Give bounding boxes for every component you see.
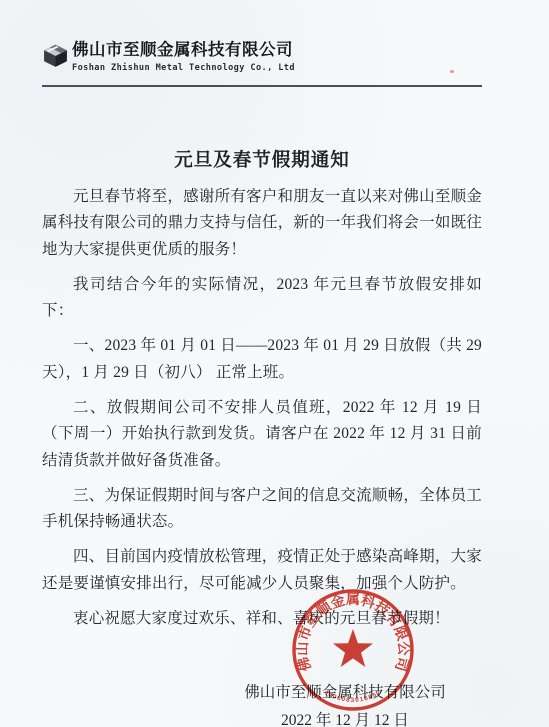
notice-item-3: 三、为保证假期时间与客户之间的信息交流顺畅，全体员工手机保持畅通状态。 <box>42 483 482 536</box>
signature-block: 佛山市至顺金属科技有限公司 2022 年 12 月 12 日 <box>235 679 455 727</box>
notice-closing-wish: 衷心祝愿大家度过欢乐、祥和、喜庆的元旦春节假期！ <box>42 606 482 633</box>
header-divider <box>42 85 482 87</box>
notice-item-1: 一、2023 年 01 月 01 日——2023 年 01 月 29 日放假（共… <box>42 333 482 386</box>
company-name-cn: 佛山市至顺金属科技有限公司 <box>72 40 295 61</box>
letterhead: 佛山市至顺金属科技有限公司 Foshan Zhishun Metal Techn… <box>42 40 295 73</box>
notice-paragraph-greeting: 元旦春节将至，感谢所有客户和朋友一直以来对佛山至顺金属科技有限公司的鼎力支持与信… <box>42 184 482 264</box>
company-name-en: Foshan Zhishun Metal Technology Co., Ltd <box>72 63 295 73</box>
notice-title: 元旦及春节假期通知 <box>42 148 482 175</box>
scanned-notice-document: 佛山市至顺金属科技有限公司 Foshan Zhishun Metal Techn… <box>0 0 549 727</box>
signature-date: 2022 年 12 月 12 日 <box>235 707 455 727</box>
scan-artifact-speck <box>450 70 454 73</box>
company-logo-icon <box>42 42 69 69</box>
notice-body: 元旦及春节假期通知 元旦春节将至，感谢所有客户和朋友一直以来对佛山至顺金属科技有… <box>42 148 482 727</box>
brand-text: 佛山市至顺金属科技有限公司 Foshan Zhishun Metal Techn… <box>72 40 295 73</box>
notice-item-2: 二、放假期间公司不安排人员值班，2022 年 12 月 19 日（下周一）开始执… <box>42 395 482 475</box>
notice-item-4: 四、目前国内疫情放松管理，疫情正处于感染高峰期，大家还是要谨慎安排出行，尽可能减… <box>42 544 482 597</box>
signature-company: 佛山市至顺金属科技有限公司 <box>235 679 455 707</box>
notice-paragraph-intro: 我司结合今年的实际情况，2023 年元旦春节放假安排如下： <box>42 272 482 325</box>
